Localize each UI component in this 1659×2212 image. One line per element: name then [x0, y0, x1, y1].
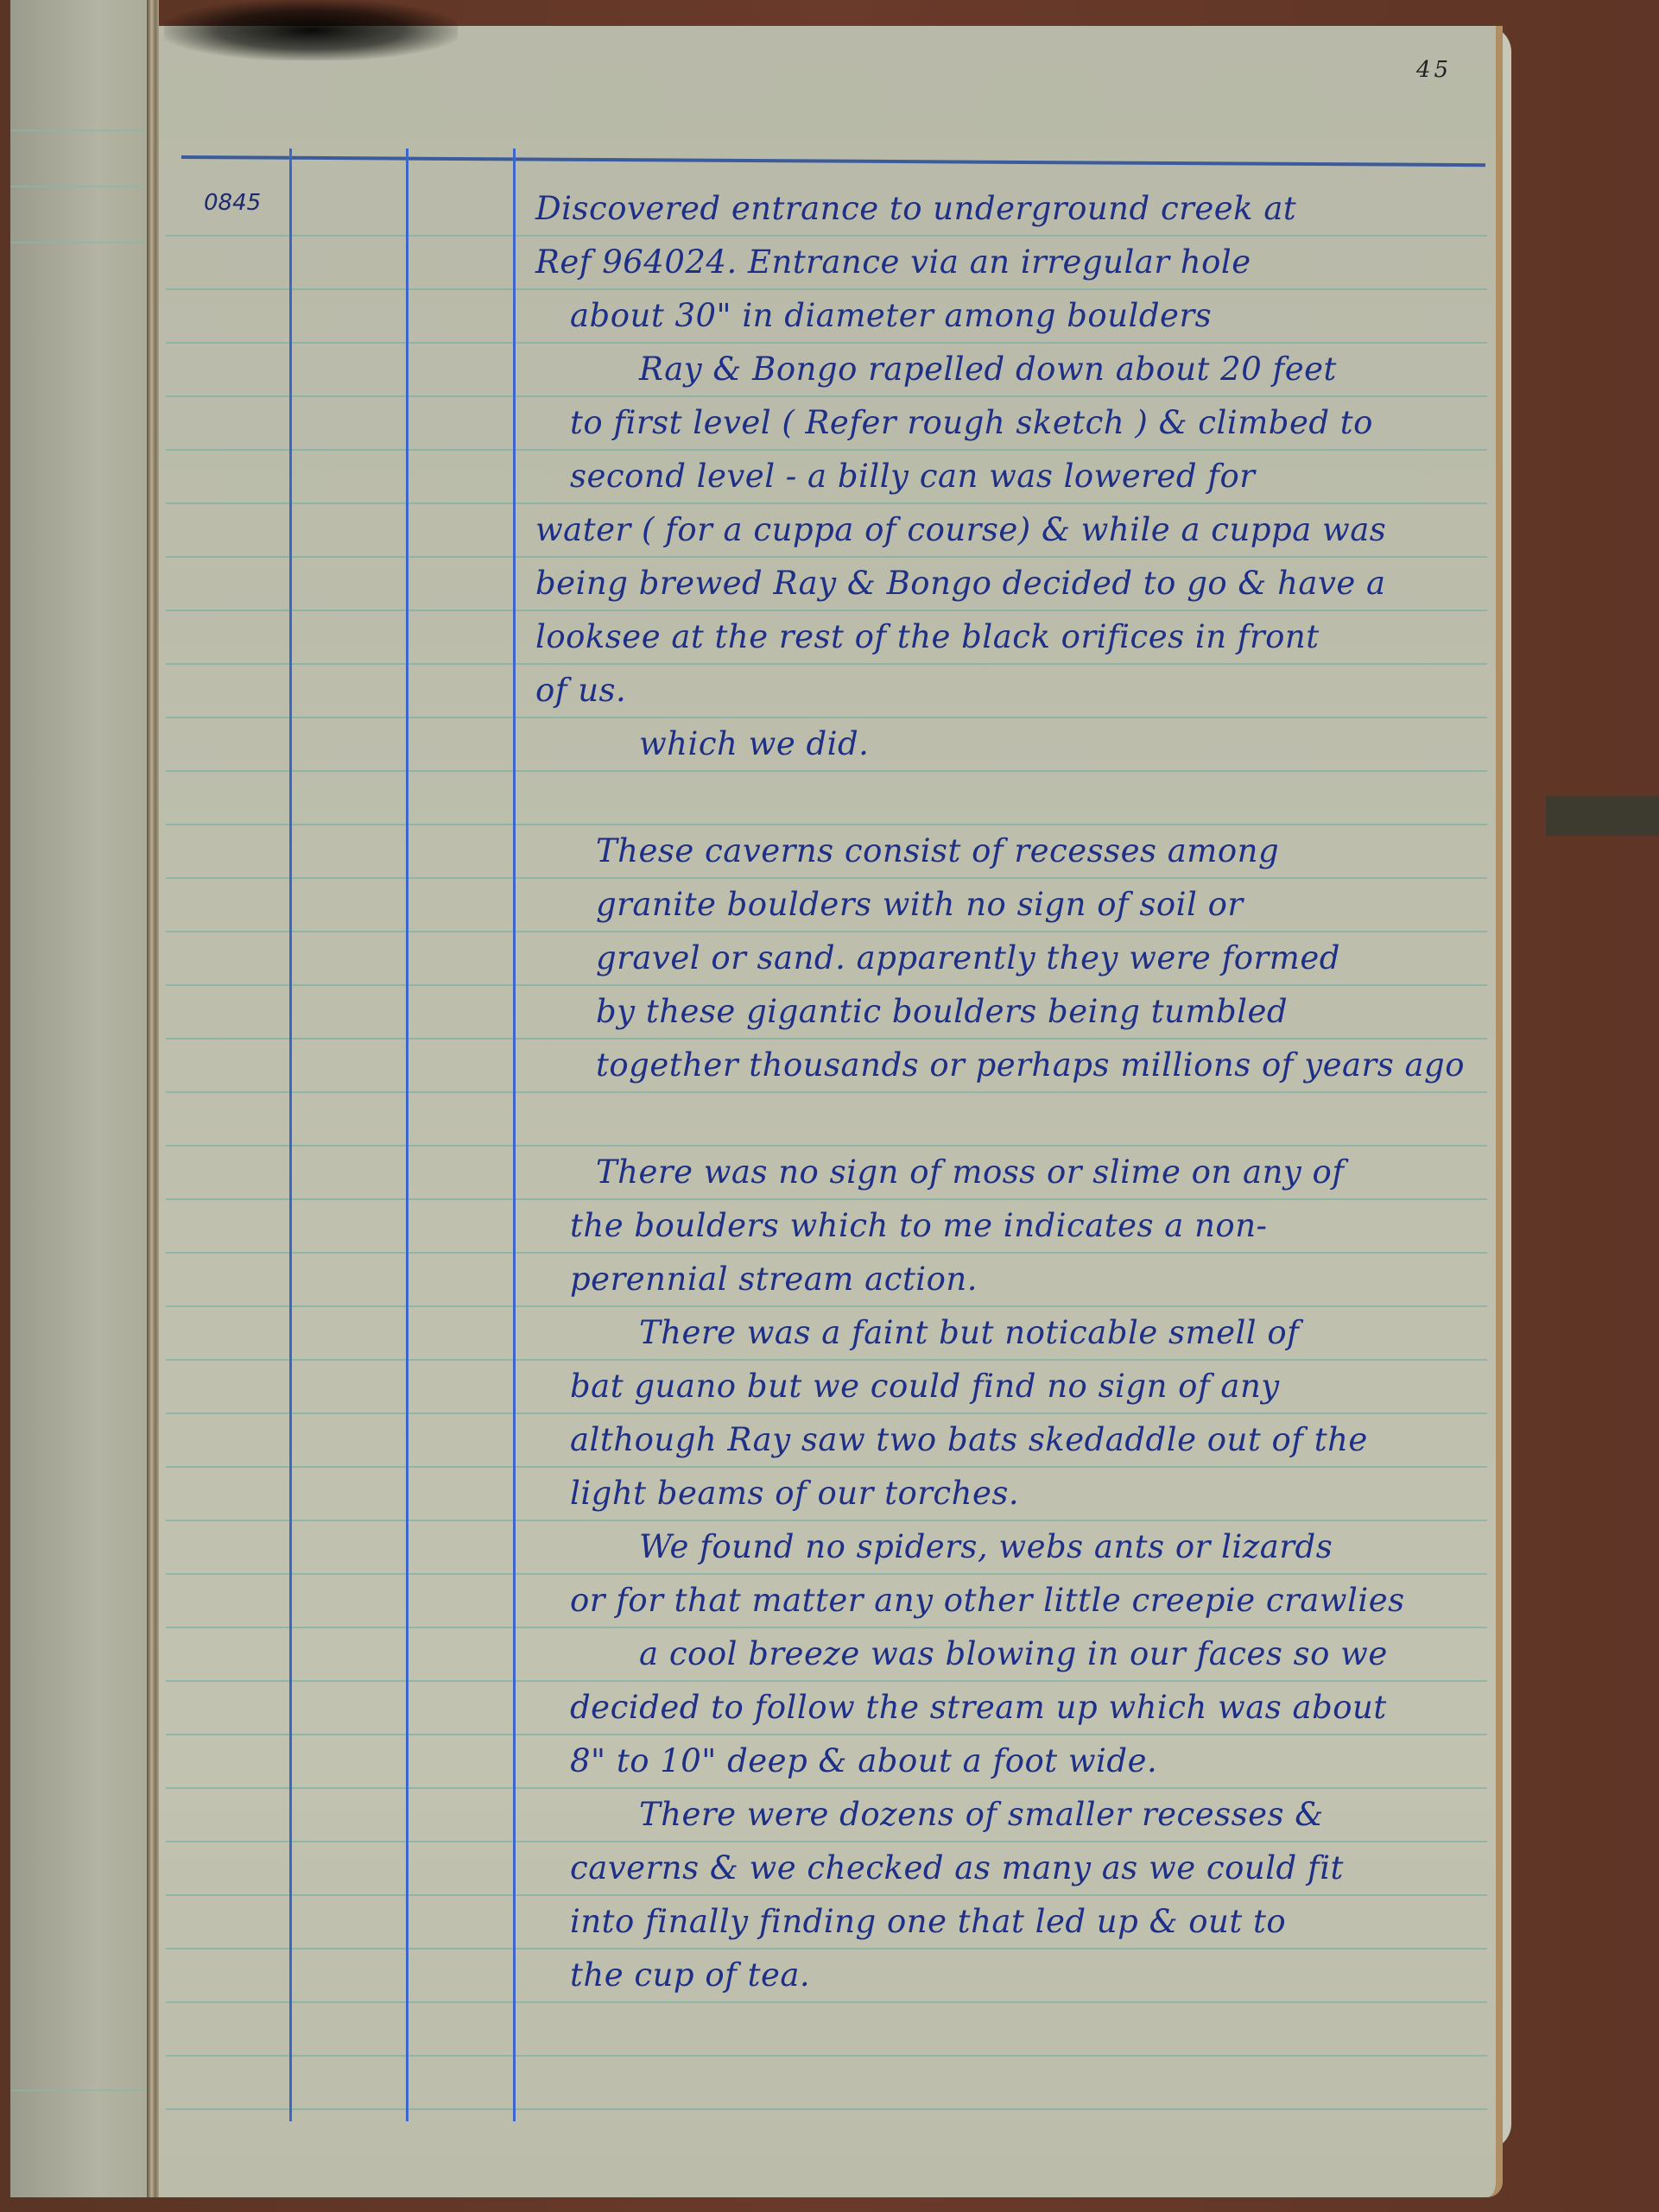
- ruled-line: [166, 449, 1487, 451]
- ruled-line: [166, 288, 1487, 290]
- ruled-line: [166, 1145, 1487, 1147]
- entry-line: water ( for a cuppa of course) & while a…: [535, 511, 1386, 548]
- column-divider-3: [513, 149, 516, 2121]
- entry-line: These caverns consist of recesses among: [596, 832, 1279, 869]
- ruled-line: [166, 1680, 1487, 1682]
- ruled-line: [166, 1252, 1487, 1254]
- entry-line: caverns & we checked as many as we could…: [570, 1849, 1344, 1887]
- ruled-line: [166, 2108, 1487, 2110]
- ruled-line: [166, 1413, 1487, 1414]
- entry-line: looksee at the rest of the black orifice…: [535, 618, 1320, 655]
- ruled-line: [166, 395, 1487, 397]
- entry-line: the boulders which to me indicates a non…: [570, 1207, 1268, 1244]
- ruled-line: [166, 1787, 1487, 1789]
- entry-line: We found no spiders, webs ants or lizard…: [639, 1528, 1333, 1565]
- ruled-line: [166, 1573, 1487, 1575]
- entry-line: a cool breeze was blowing in our faces s…: [639, 1635, 1388, 1672]
- ruled-line: [166, 502, 1487, 504]
- entry-line: There was no sign of moss or slime on an…: [596, 1153, 1345, 1191]
- ruled-line: [166, 931, 1487, 932]
- entry-line: about 30" in diameter among boulders: [570, 297, 1212, 334]
- entry-line: There were dozens of smaller recesses &: [639, 1796, 1324, 1833]
- ruled-line: [166, 1359, 1487, 1361]
- entry-line: bat guano but we could find no sign of a…: [570, 1368, 1280, 1405]
- ruled-line: [166, 610, 1487, 611]
- ruled-line: [166, 1894, 1487, 1896]
- ruled-line: [166, 877, 1487, 879]
- desk-dark-strip: [1546, 796, 1659, 836]
- entry-line: of us.: [535, 672, 626, 709]
- ruled-line: [166, 770, 1487, 772]
- entry-line: together thousands or perhaps millions o…: [596, 1046, 1465, 1084]
- ruled-line: [166, 1627, 1487, 1628]
- entry-line: There was a faint but noticable smell of: [639, 1314, 1299, 1351]
- ruled-line: [166, 2001, 1487, 2003]
- entry-line: by these gigantic boulders being tumbled: [596, 993, 1288, 1030]
- entry-line: to first level ( Refer rough sketch ) & …: [570, 404, 1373, 441]
- time-entry: 0845: [204, 190, 261, 216]
- ruled-line: [166, 556, 1487, 558]
- entry-line: or for that matter any other little cree…: [570, 1582, 1405, 1619]
- torn-spine-edge: [147, 0, 159, 2197]
- ruled-line: [166, 235, 1487, 237]
- entry-line: granite boulders with no sign of soil or: [596, 886, 1244, 923]
- column-divider-2: [406, 149, 408, 2121]
- ruled-line: [166, 663, 1487, 665]
- entry-line: Discovered entrance to underground creek…: [535, 190, 1296, 227]
- entry-line: light beams of our torches.: [570, 1475, 1019, 1512]
- ruled-line: [166, 1038, 1487, 1040]
- page-number: 45: [1416, 57, 1452, 83]
- entry-line: being brewed Ray & Bongo decided to go &…: [535, 565, 1386, 602]
- entry-line: perennial stream action.: [570, 1261, 978, 1298]
- entry-line: Ray & Bongo rapelled down about 20 feet: [639, 351, 1337, 388]
- ruled-line: [166, 342, 1487, 344]
- entry-line: 8" to 10" deep & about a foot wide.: [570, 1742, 1157, 1779]
- ruled-line: [166, 1091, 1487, 1093]
- entry-line: although Ray saw two bats skedaddle out …: [570, 1421, 1368, 1458]
- ruled-line: [166, 824, 1487, 825]
- ruled-line: [166, 1466, 1487, 1468]
- entry-line: second level - a billy can was lowered f…: [570, 458, 1255, 495]
- entry-line: into finally finding one that led up & o…: [570, 1903, 1286, 1940]
- entry-line: gravel or sand. apparently they were for…: [596, 939, 1340, 976]
- ruled-line: [166, 1841, 1487, 1842]
- ruled-line: [166, 1520, 1487, 1521]
- entry-line: Ref 964024. Entrance via an irregular ho…: [535, 243, 1251, 281]
- finger-shadow: [164, 0, 458, 60]
- column-divider-1: [289, 149, 292, 2121]
- entry-line: the cup of tea.: [570, 1956, 810, 1994]
- ruled-line: [166, 1198, 1487, 1200]
- ruled-line: [166, 2055, 1487, 2057]
- ruled-line: [166, 717, 1487, 718]
- ruled-line: [166, 1734, 1487, 1735]
- ruled-line: [166, 1305, 1487, 1307]
- entry-line: decided to follow the stream up which wa…: [570, 1689, 1387, 1726]
- left-page-margin: [10, 0, 157, 2197]
- ruled-line: [166, 1948, 1487, 1950]
- entry-line: which we did.: [639, 725, 869, 762]
- ruled-line: [166, 984, 1487, 986]
